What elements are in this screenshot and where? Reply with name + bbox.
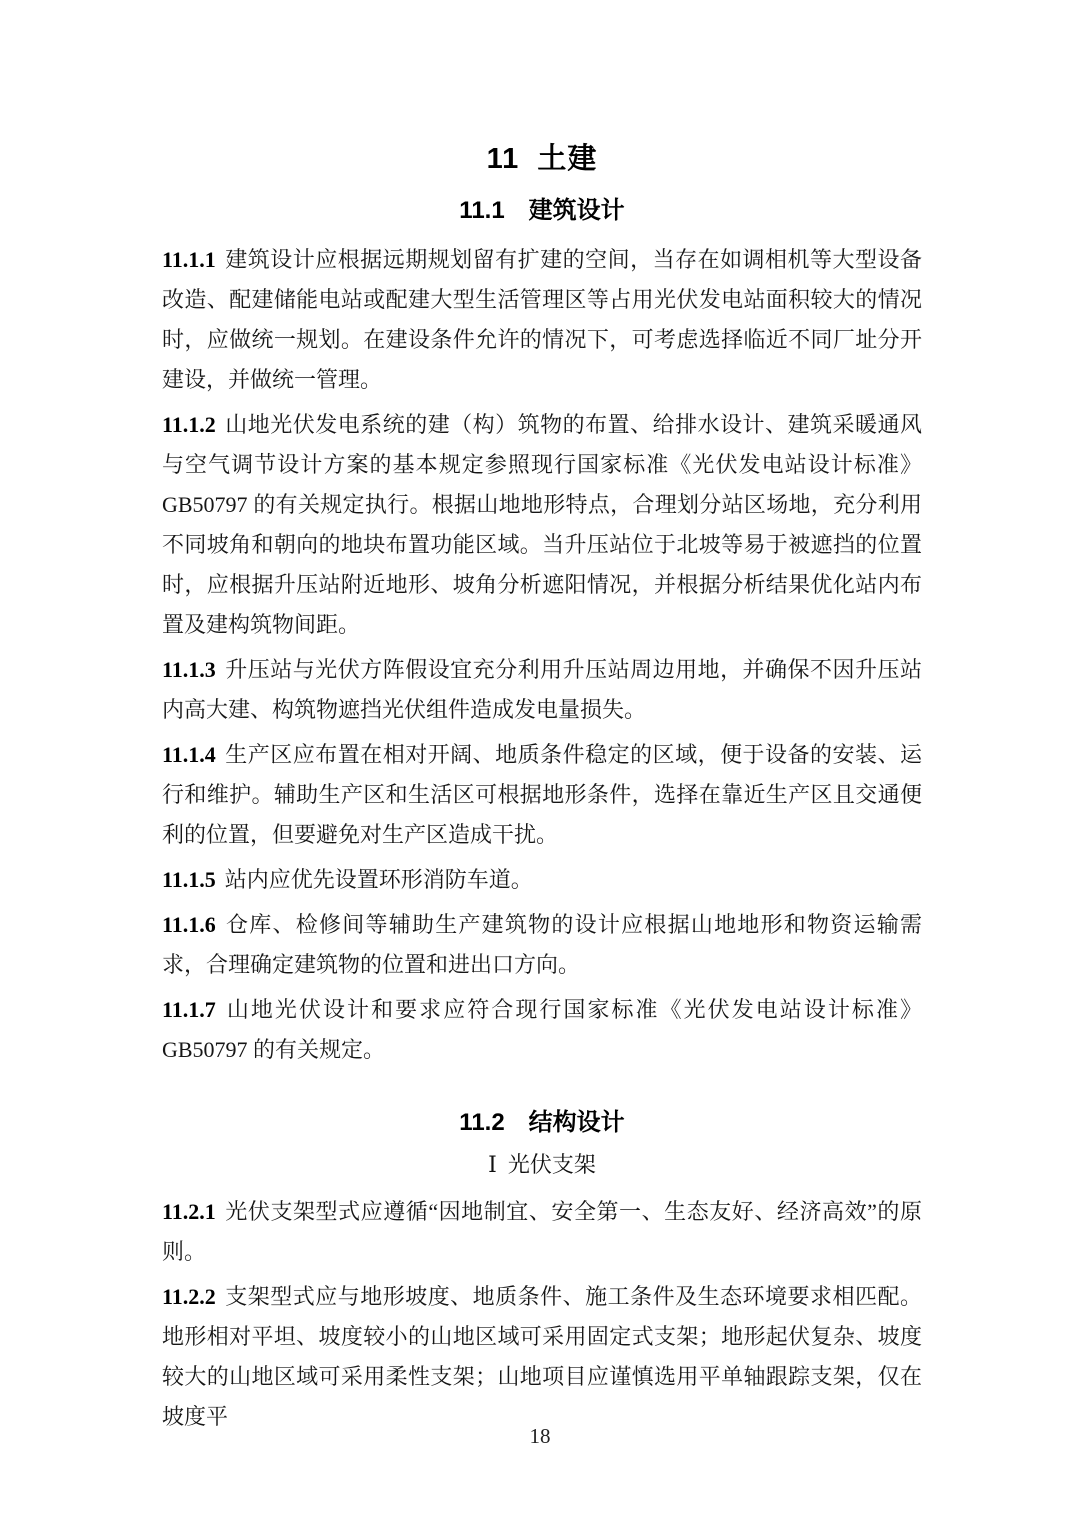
paragraph-11-1-4: 11.1.4生产区应布置在相对开阔、地质条件稳定的区域，便于设备的安装、运行和维… — [162, 735, 922, 855]
section-structural-design: 11.2 结构设计 Ⅰ 光伏支架 11.2.1光伏支架型式应遵循“因地制宜、安全… — [162, 1106, 922, 1437]
para-number: 11.1.3 — [162, 657, 216, 682]
paragraph-11-1-6: 11.1.6仓库、检修间等辅助生产建筑物的设计应根据山地地形和物资运输需求，合理… — [162, 905, 922, 985]
paragraph-11-2-2: 11.2.2支架型式应与地形坡度、地质条件、施工条件及生态环境要求相匹配。地形相… — [162, 1277, 922, 1437]
para-number: 11.2.2 — [162, 1284, 216, 1309]
para-text: 仓库、检修间等辅助生产建筑物的设计应根据山地地形和物资运输需求，合理确定建筑物的… — [162, 912, 922, 977]
subsection-heading-pv-support: Ⅰ 光伏支架 — [162, 1148, 922, 1182]
section-building-design: 11.1 建筑设计 11.1.1建筑设计应根据远期规划留有扩建的空间，当存在如调… — [162, 194, 922, 1070]
para-text: 升压站与光伏方阵假设宜充分利用升压站周边用地，并确保不因升压站内高大建、构筑物遮… — [162, 657, 922, 722]
para-text: 光伏支架型式应遵循“因地制宜、安全第一、生态友好、经济高效”的原则。 — [162, 1199, 922, 1264]
para-number: 11.1.5 — [162, 867, 216, 892]
section-heading-11-2: 11.2 结构设计 — [162, 1106, 922, 1140]
para-number: 11.1.4 — [162, 742, 216, 767]
paragraph-11-2-1: 11.2.1光伏支架型式应遵循“因地制宜、安全第一、生态友好、经济高效”的原则。 — [162, 1192, 922, 1272]
para-text: 建筑设计应根据远期规划留有扩建的空间，当存在如调相机等大型设备改造、配建储能电站… — [162, 247, 922, 392]
paragraph-11-1-7: 11.1.7山地光伏设计和要求应符合现行国家标准《光伏发电站设计标准》GB507… — [162, 990, 922, 1070]
paragraph-11-1-1: 11.1.1建筑设计应根据远期规划留有扩建的空间，当存在如调相机等大型设备改造、… — [162, 240, 922, 400]
document-page: 11 土建 11.1 建筑设计 11.1.1建筑设计应根据远期规划留有扩建的空间… — [0, 0, 1080, 1528]
para-number: 11.2.1 — [162, 1199, 216, 1224]
para-text: 支架型式应与地形坡度、地质条件、施工条件及生态环境要求相匹配。地形相对平坦、坡度… — [162, 1284, 922, 1429]
paragraph-11-1-5: 11.1.5站内应优先设置环形消防车道。 — [162, 860, 922, 900]
para-number: 11.1.6 — [162, 912, 216, 937]
para-number: 11.1.1 — [162, 247, 216, 272]
para-text: 生产区应布置在相对开阔、地质条件稳定的区域，便于设备的安装、运行和维护。辅助生产… — [162, 742, 922, 847]
para-number: 11.1.2 — [162, 412, 216, 437]
chapter-title: 11 土建 — [162, 140, 922, 178]
paragraph-11-1-2: 11.1.2山地光伏发电系统的建（构）筑物的布置、给排水设计、建筑采暖通风与空气… — [162, 405, 922, 645]
para-text: 山地光伏发电系统的建（构）筑物的布置、给排水设计、建筑采暖通风与空气调节设计方案… — [162, 412, 922, 637]
page-number: 18 — [0, 1424, 1080, 1449]
section-heading-11-1: 11.1 建筑设计 — [162, 194, 922, 228]
para-text: 山地光伏设计和要求应符合现行国家标准《光伏发电站设计标准》GB50797 的有关… — [162, 997, 922, 1062]
paragraph-11-1-3: 11.1.3升压站与光伏方阵假设宜充分利用升压站周边用地，并确保不因升压站内高大… — [162, 650, 922, 730]
para-text: 站内应优先设置环形消防车道。 — [225, 867, 533, 892]
para-number: 11.1.7 — [162, 997, 216, 1022]
